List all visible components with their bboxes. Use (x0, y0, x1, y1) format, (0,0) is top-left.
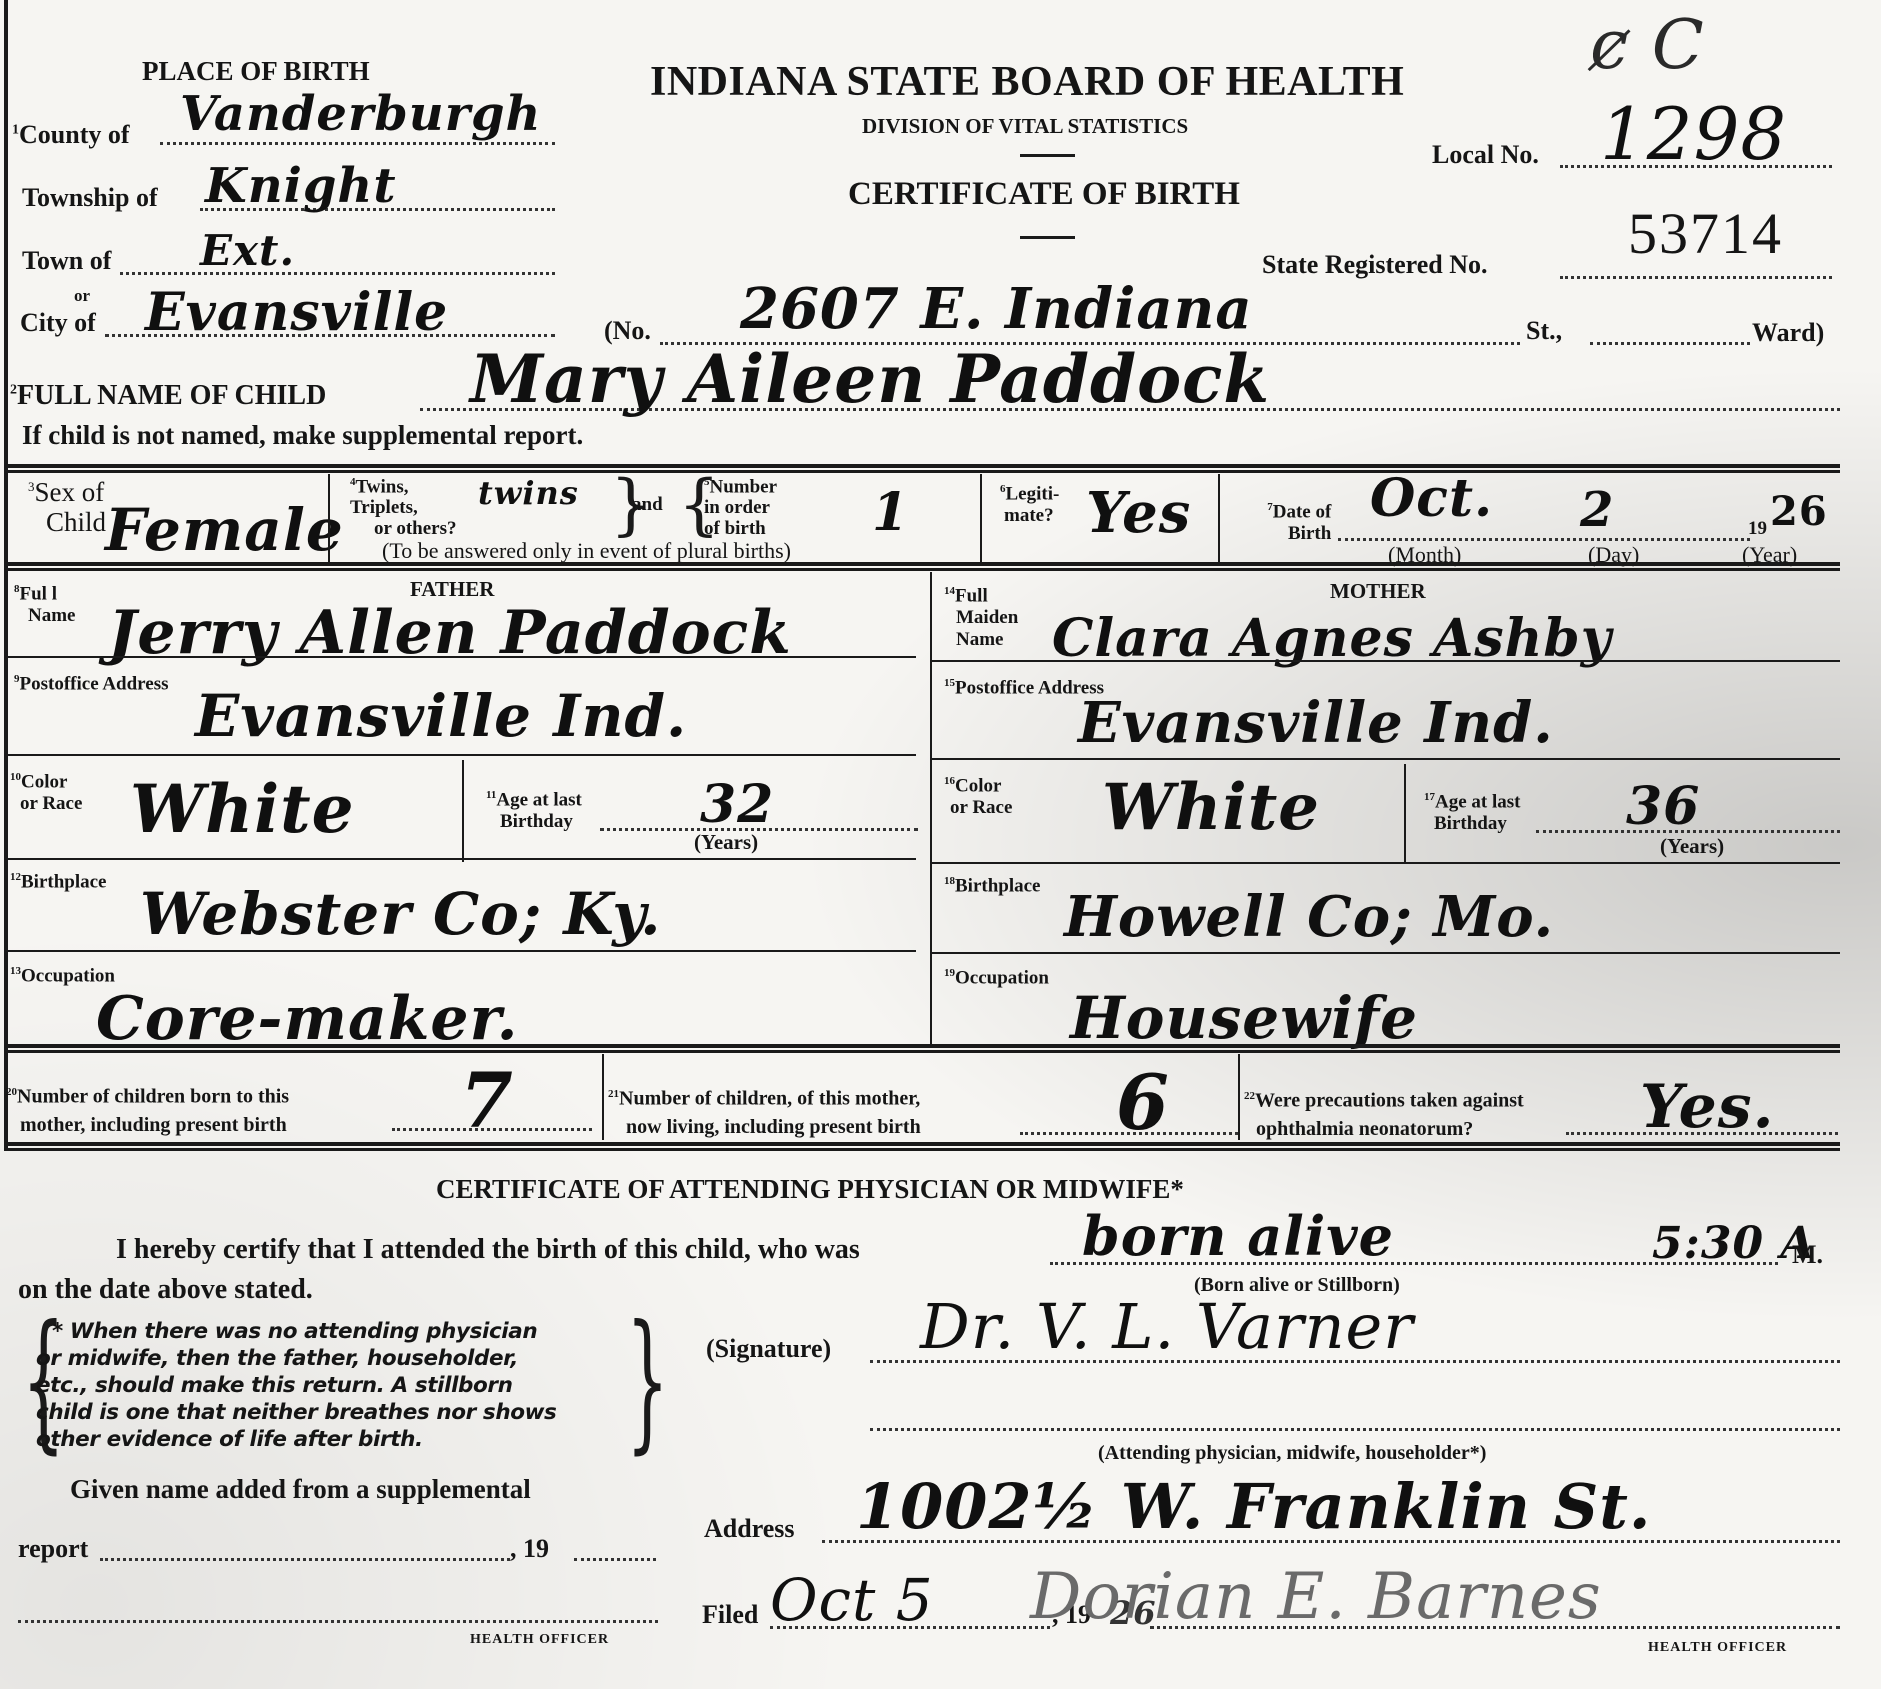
children-born-label: 20Number of children born to thismother,… (6, 1078, 289, 1139)
sex-label: 3Sex ofChild (28, 472, 106, 537)
city-label: City of (20, 308, 96, 338)
supplemental-officer-caption: HEALTH OFFICER (470, 1632, 609, 1648)
mother-color-line (930, 862, 1840, 864)
children-divider-1 (602, 1054, 604, 1140)
health-officer-signature: Dorian E. Barnes (1030, 1560, 1602, 1634)
attending-caption: (Attending physician, midwife, household… (1098, 1442, 1486, 1465)
footnote-brace-right: } (626, 1306, 669, 1456)
attending-title: CERTIFICATE OF ATTENDING PHYSICIAN OR MI… (436, 1174, 1184, 1205)
mother-birthplace-label: 18Birthplace (944, 870, 1041, 897)
mother-birthplace-line (930, 952, 1840, 954)
dob-line (1338, 538, 1750, 541)
state-registered-line (1560, 276, 1832, 279)
town-label: Town of (22, 246, 111, 276)
row-divider-1 (4, 464, 1840, 473)
twins-field[interactable]: twins (478, 474, 579, 512)
and-label: and (632, 494, 663, 516)
father-color-label: 10Coloror Race (10, 766, 82, 815)
time-suffix: M. (1792, 1240, 1823, 1270)
certify-text: I hereby certify that I attended the bir… (116, 1234, 860, 1266)
mother-address-line (930, 758, 1840, 760)
father-birthplace-label: 12Birthplace (10, 866, 107, 893)
footnote-line: * When there was no attending physician (36, 1318, 626, 1345)
time-field[interactable]: 5:30 A (1652, 1218, 1816, 1269)
report-year-prefix: , 19 (510, 1534, 549, 1564)
footnote-line: etc., should make this return. A stillbo… (36, 1372, 626, 1399)
row-divider-3 (4, 1044, 1840, 1053)
health-officer-caption: HEALTH OFFICER (1648, 1640, 1787, 1656)
footnote-line: other evidence of life after birth. (36, 1426, 626, 1453)
mother-age-field[interactable]: 36 (1626, 776, 1700, 837)
father-name-label: 8Ful lName (14, 578, 75, 627)
county-field[interactable]: Vanderburgh (180, 86, 541, 142)
physician-address-label: Address (704, 1514, 795, 1544)
father-name-line (4, 656, 916, 658)
street-field[interactable]: 2607 E. Indiana (740, 276, 1253, 342)
dob-label: 7Date ofBirth (1248, 496, 1331, 545)
father-title: FATHER (410, 578, 494, 600)
mother-color-label: 16Coloror Race (944, 770, 1012, 819)
plural-note: (To be answered only in event of plural … (382, 538, 791, 564)
place-of-birth-title: PLACE OF BIRTH (142, 56, 370, 87)
order-field[interactable]: 1 (872, 482, 909, 543)
father-birthplace-line (4, 950, 916, 952)
signature-field[interactable]: Dr. V. L. Varner (920, 1290, 1414, 1363)
father-address-label: 9Postoffice Address (14, 668, 169, 695)
dob-century: 19 (1748, 518, 1767, 540)
row-divider-4 (4, 1142, 1840, 1151)
supplemental-note: If child is not named, make supplemental… (22, 420, 583, 451)
twins-label: 4Twins,Triplets,or others? (350, 472, 457, 539)
dob-year-field[interactable]: 26 (1770, 488, 1828, 535)
father-address-field[interactable]: Evansville Ind. (195, 682, 687, 750)
father-years-caption: (Years) (694, 830, 758, 855)
ward-label: Ward) (1752, 318, 1824, 348)
legit-field[interactable]: Yes (1086, 480, 1191, 546)
town-line (120, 272, 555, 275)
children-born-field[interactable]: 7 (460, 1056, 514, 1145)
state-registered-value: 53714 (1628, 200, 1783, 267)
father-birthplace-field[interactable]: Webster Co; Ky. (140, 880, 661, 948)
local-no-label: Local No. (1432, 140, 1539, 170)
order-label: 5Numberin orderof birth (704, 472, 777, 539)
mother-years-caption: (Years) (1660, 834, 1724, 859)
county-label: 1County of (12, 120, 130, 150)
father-age-field[interactable]: 32 (700, 774, 774, 835)
mother-title: MOTHER (1330, 580, 1426, 602)
mother-name-label: 14FullMaidenName (944, 580, 1018, 651)
birth-certificate: PLACE OF BIRTH 1County of Vanderburgh To… (0, 0, 1881, 1689)
footnote: * When there was no attending physician … (36, 1318, 626, 1453)
filed-field[interactable]: Oct 5 (770, 1566, 934, 1634)
footnote-line: child is one that neither breathes nor s… (36, 1399, 626, 1426)
physician-address-field[interactable]: 1002½ W. Franklin St. (856, 1470, 1652, 1543)
mother-age-label: 17Age at lastBirthday (1424, 786, 1520, 835)
or-label: or (74, 286, 90, 306)
supplemental-officer-line (18, 1620, 658, 1623)
father-address-line (4, 754, 916, 756)
filed-label: Filed (702, 1600, 758, 1630)
township-field[interactable]: Knight (205, 158, 396, 214)
board-title: INDIANA STATE BOARD OF HEALTH (650, 58, 1404, 106)
legit-divider (1218, 474, 1220, 562)
father-age-label: 11Age at lastBirthday (486, 784, 582, 833)
mother-birthplace-field[interactable]: Howell Co; Mo. (1064, 884, 1554, 950)
twins-divider (980, 474, 982, 562)
precautions-field[interactable]: Yes. (1640, 1072, 1774, 1142)
division-title: DIVISION OF VITAL STATISTICS (862, 114, 1188, 139)
father-color-field[interactable]: White (130, 770, 355, 848)
child-full-name-label: 2FULL NAME OF CHILD (10, 380, 326, 412)
signature-label: (Signature) (706, 1334, 831, 1364)
sex-divider (328, 474, 330, 562)
children-living-field[interactable]: 6 (1116, 1058, 1170, 1147)
mother-name-line (930, 660, 1840, 662)
precautions-label: 22Were precautions taken againstophthalm… (1244, 1082, 1524, 1143)
city-field[interactable]: Evansville (145, 282, 448, 343)
ward-line (1590, 342, 1750, 345)
dob-month-field[interactable]: Oct. (1370, 468, 1493, 529)
left-border (4, 0, 8, 1150)
children-living-label: 21Number of children, of this mother,now… (608, 1080, 921, 1141)
given-name-label: Given name added from a supplemental (70, 1474, 531, 1505)
report-line (100, 1558, 510, 1561)
father-color-line (4, 858, 916, 860)
state-registered-label: State Registered No. (1262, 250, 1488, 280)
title-divider-bottom (1020, 236, 1075, 239)
mother-address-field[interactable]: Evansville Ind. (1078, 690, 1554, 756)
footnote-line: or midwife, then the father, householder… (36, 1345, 626, 1372)
mother-occupation-field[interactable]: Housewife (1070, 984, 1418, 1052)
mother-color-field[interactable]: White (1102, 770, 1320, 845)
title-divider-top (1020, 154, 1075, 157)
dob-day-field[interactable]: 2 (1580, 482, 1614, 538)
row-divider-2 (4, 562, 1840, 571)
born-status-field[interactable]: born alive (1082, 1204, 1394, 1268)
report-year-line (574, 1558, 656, 1561)
township-label: Township of (22, 183, 158, 213)
legit-label: 6Legiti-mate? (1000, 478, 1059, 527)
report-label: report (18, 1534, 88, 1564)
children-divider-2 (1238, 1054, 1240, 1140)
mother-occupation-label: 19Occupation (944, 962, 1049, 989)
county-line (160, 142, 555, 145)
father-age-divider (462, 760, 464, 862)
street-suffix: St., (1526, 316, 1562, 346)
corner-annotation: ȼ C (1590, 6, 1705, 85)
sex-field[interactable]: Female (105, 496, 344, 564)
signature-line-2 (870, 1428, 1840, 1431)
certificate-title: CERTIFICATE OF BIRTH (848, 176, 1240, 213)
mother-age-divider (1404, 764, 1406, 864)
parents-divider (930, 572, 932, 1046)
local-no-field[interactable]: 1298 (1600, 92, 1787, 176)
town-field[interactable]: Ext. (200, 226, 295, 275)
child-name-field[interactable]: Mary Aileen Paddock (470, 340, 1270, 418)
